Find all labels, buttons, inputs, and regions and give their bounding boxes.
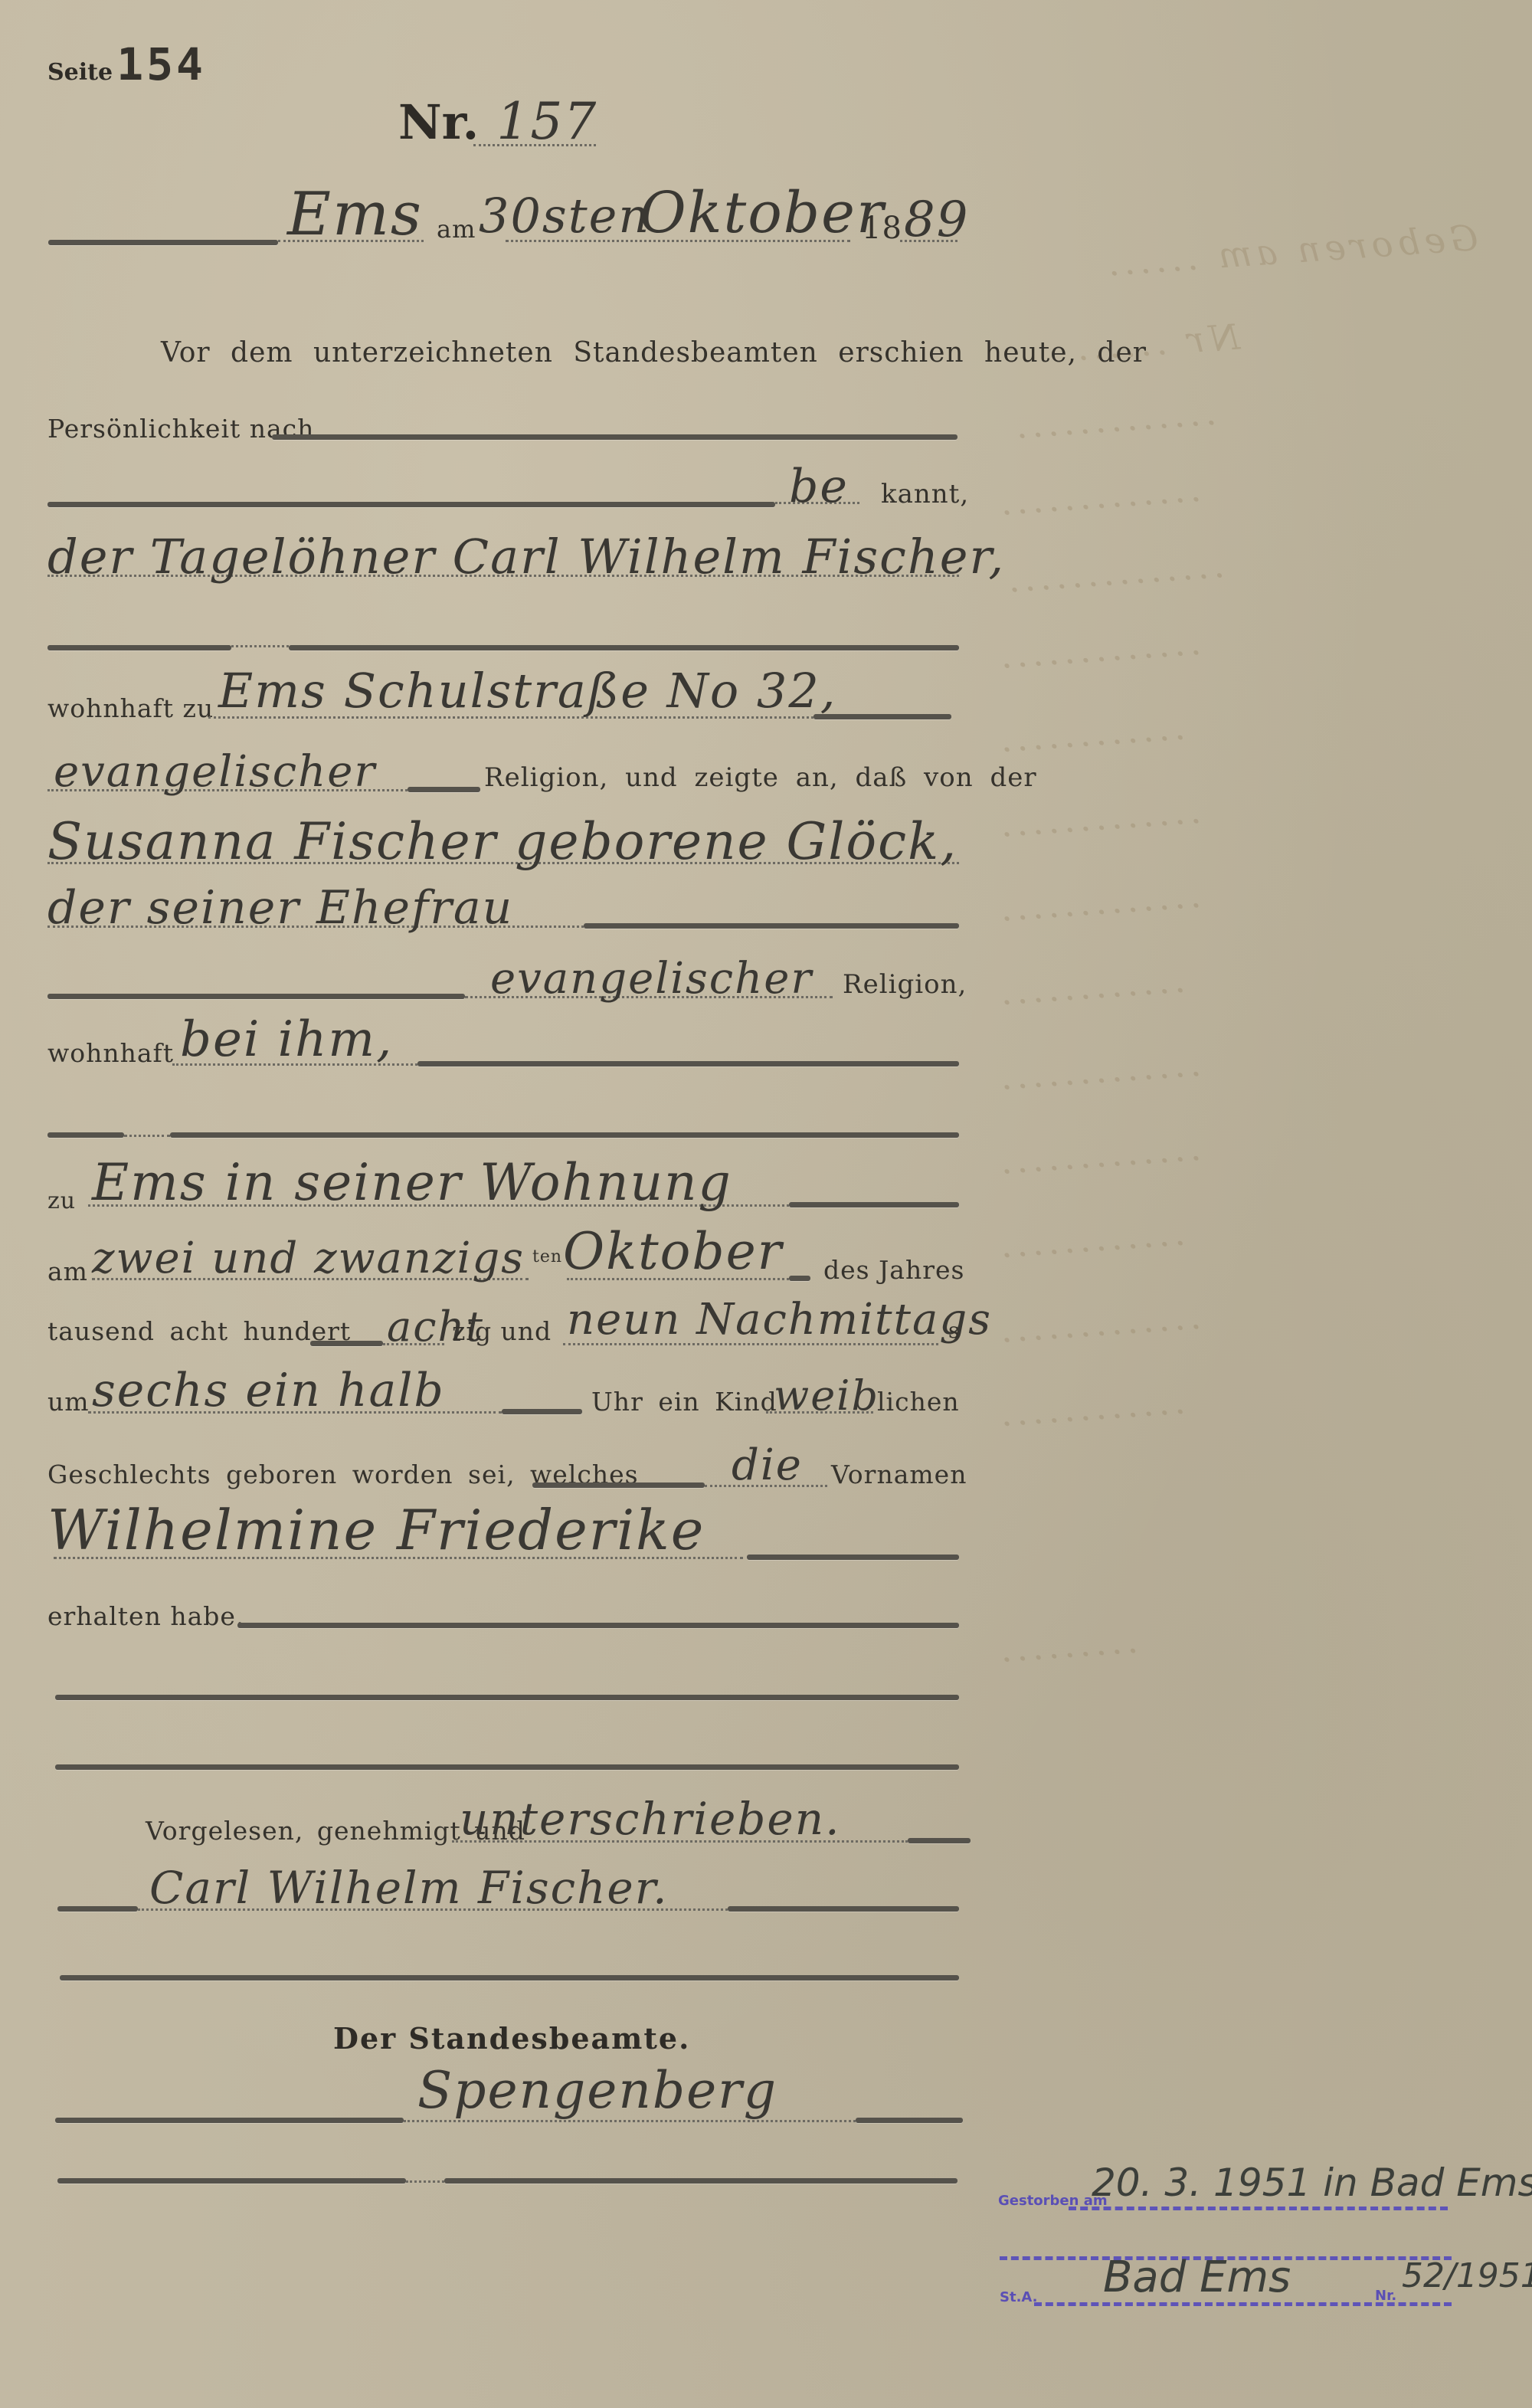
fill-rule — [48, 240, 278, 245]
child-given-names: Wilhelmine Friederike — [47, 1498, 705, 1562]
year-units-and-time: neun Nachmittags — [567, 1295, 992, 1345]
fill-rule — [502, 1409, 582, 1414]
entry-number: Nr. 157 — [398, 92, 597, 151]
ten-suffix: ten — [532, 1247, 562, 1266]
bleed-through-text: ............. — [994, 621, 1202, 677]
fill-rule — [747, 1555, 959, 1560]
bleed-through-text: ............. — [994, 874, 1202, 930]
fill-rule — [47, 645, 231, 650]
uhr-ein-kind-label: Uhr ein Kind — [591, 1387, 777, 1417]
fill-rule — [55, 2118, 404, 2123]
fill-rule — [856, 2118, 963, 2123]
dotted-line — [404, 2120, 856, 2122]
birth-place: Ems in seiner Wohnung — [92, 1153, 732, 1212]
zig-und-label: zig und — [452, 1316, 552, 1346]
des-jahres-label: des Jahres — [823, 1255, 964, 1285]
declarant-address: Ems Schulstraße No 32, — [218, 663, 837, 719]
bekannt-handwritten: be — [789, 460, 849, 513]
unterschrieben-handwritten: unterschrieben. — [460, 1793, 841, 1845]
child-sex: weib — [774, 1371, 879, 1420]
bleed-through-text: ............. — [994, 468, 1202, 524]
wohnhaft-zu-label: wohnhaft zu — [47, 693, 214, 723]
declarant-name: der Tagelöhner Carl Wilhelm Fischer, — [47, 529, 1005, 585]
zu-label: zu — [47, 1188, 76, 1214]
place-of-registration: Ems — [287, 180, 423, 249]
declarant-religion: evangelischer — [54, 747, 376, 797]
fill-rule — [47, 502, 775, 507]
birth-time: sechs ein halb — [92, 1364, 445, 1417]
declarant-signature: Carl Wilhelm Fischer. — [149, 1862, 669, 1914]
bleed-through-text: ............ — [994, 1380, 1187, 1434]
am-label: am — [437, 215, 476, 244]
fill-rule — [310, 1341, 383, 1346]
fill-rule — [584, 923, 959, 929]
fill-rule — [417, 1061, 959, 1066]
registration-month: Oktober — [640, 180, 885, 246]
registry-office: Bad Ems — [1103, 2252, 1291, 2302]
bleed-through-text: ............. — [1010, 392, 1217, 447]
registration-day: 30sten — [479, 188, 650, 244]
religion-text: Religion, und zeigte an, daß von der — [484, 762, 1037, 793]
official-title: Der Standesbeamte. — [333, 2021, 690, 2056]
wohnhaft-label: wohnhaft — [47, 1038, 174, 1068]
fill-rule — [170, 1132, 959, 1138]
bleed-through-text: Geboren am ...... — [1102, 217, 1480, 284]
stamp-line — [1069, 2207, 1448, 2210]
mother-residence: bei ihm, — [180, 1011, 393, 1068]
s-suffix: s — [948, 1318, 960, 1343]
fill-rule — [408, 787, 480, 792]
page-number-value: 154 — [116, 38, 206, 90]
bleed-through-text: ............. — [994, 1127, 1202, 1183]
official-signature: Spengenberg — [417, 2061, 777, 2120]
bleed-through-text: ............ — [994, 958, 1187, 1013]
bleed-through-text: ............ — [994, 706, 1187, 760]
death-date-place: 20. 3. 1951 in Bad Ems — [1092, 2161, 1532, 2205]
fill-rule — [237, 1623, 959, 1628]
fill-rule — [47, 1132, 124, 1138]
dotted-line — [231, 645, 289, 647]
fill-rule — [47, 994, 465, 999]
vornamen-label: Vornamen — [831, 1460, 967, 1489]
fill-rule — [532, 1482, 705, 1488]
entry-number-value: 157 — [496, 92, 597, 151]
tausend-label: tausend acht hundert — [47, 1316, 351, 1346]
article-handwritten: die — [732, 1440, 803, 1490]
mother-relation: der seiner Ehefrau — [47, 881, 513, 935]
bekannt-printed: kannt, — [881, 479, 969, 509]
sta-label: St.A. — [1000, 2289, 1038, 2305]
entry-underline — [473, 144, 596, 146]
fill-rule — [60, 1975, 959, 1980]
fill-rule — [57, 2178, 406, 2184]
entry-label: Nr. — [398, 94, 479, 150]
fill-rule — [728, 1906, 959, 1912]
bleed-through-text: ............. — [994, 1043, 1202, 1099]
fill-rule — [444, 2178, 957, 2184]
dotted-line — [124, 1135, 170, 1137]
fill-rule — [55, 1764, 959, 1770]
am-label: am — [47, 1256, 88, 1286]
bleed-through-text: ......... — [994, 1620, 1139, 1671]
page-label: Seite — [47, 59, 113, 86]
fill-rule — [289, 645, 959, 650]
nr-label: Nr. — [1375, 2288, 1396, 2304]
bleed-through-text: ............. — [994, 790, 1202, 846]
fill-rule — [789, 1276, 810, 1281]
bleed-through-text: .............. — [1002, 544, 1226, 601]
bleed-through-text: ............. — [994, 1296, 1202, 1351]
fill-rule — [57, 1906, 138, 1912]
death-registry-number: 52/1951 — [1402, 2256, 1532, 2295]
religion-label: Religion, — [843, 969, 967, 1000]
birth-month: Oktober — [563, 1222, 783, 1281]
form-intro: Vor dem unterzeichneten Standesbeamten e… — [161, 337, 1147, 369]
year-prefix: 18 — [862, 211, 902, 246]
mother-name: Susanna Fischer geborene Glöck, — [47, 812, 957, 871]
page-number: Seite 154 — [47, 38, 206, 90]
fill-rule — [272, 434, 957, 440]
fill-rule — [908, 1838, 971, 1843]
bleed-through-text: ............ — [994, 1211, 1187, 1266]
lichen-label: lichen — [877, 1387, 960, 1417]
birth-day: zwei und zwanzigs — [92, 1233, 525, 1283]
dotted-line — [406, 2180, 444, 2183]
um-label: um — [47, 1387, 90, 1417]
fill-rule — [55, 1695, 959, 1700]
fill-rule — [789, 1202, 959, 1207]
erhalten-label: erhalten habe. — [47, 1601, 244, 1631]
mother-religion: evangelischer — [490, 954, 813, 1004]
year-suffix: 89 — [904, 192, 969, 248]
